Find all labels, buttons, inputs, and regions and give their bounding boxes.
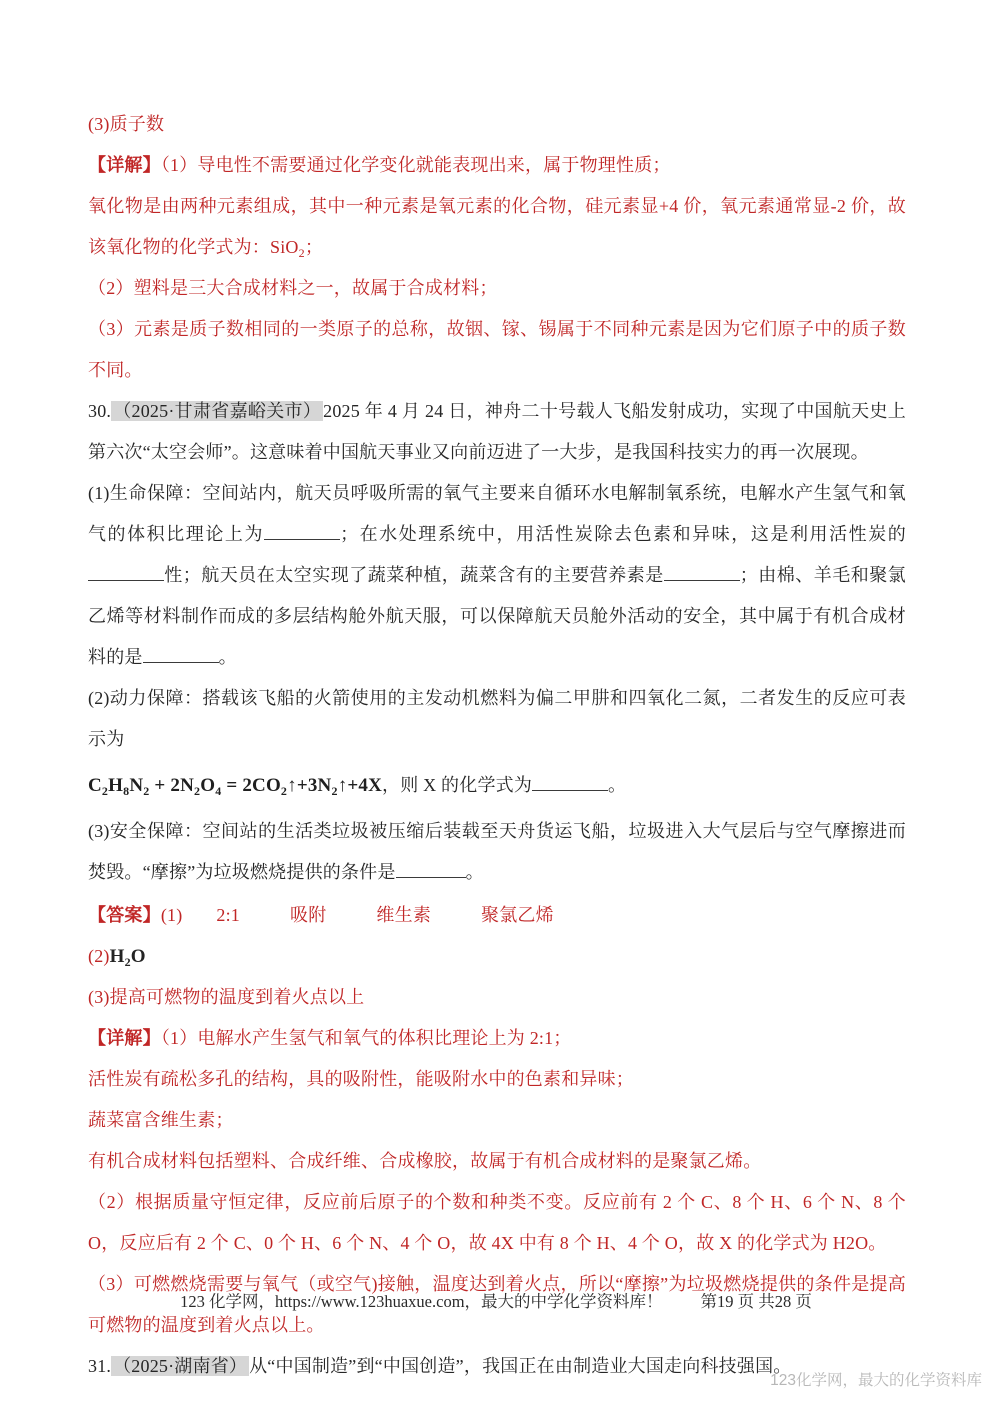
blank-underline [88, 566, 164, 581]
page-footer: 123 化学网，https://www.123huaxue.com，最大的中学化… [0, 1288, 992, 1312]
detail-line-3: 蔬菜富含维生素； [88, 1100, 906, 1141]
footer-site-text: 123 化学网，https://www.123huaxue.com，最大的中学化… [180, 1292, 662, 1311]
prev-detail-line2: 氧化物是由两种元素组成，其中一种元素是氧元素的化合物，硅元素显+4 价，氧元素通… [88, 186, 906, 268]
prev-detail-line3: （2）塑料是三大合成材料之一，故属于合成材料； [88, 268, 906, 309]
detail-heading: 【详解】 [88, 1028, 161, 1048]
blank-underline [396, 863, 466, 878]
detail-2-tail: ； [305, 237, 323, 257]
answer-1-label: (1) [161, 905, 183, 925]
answer-item: 聚氯乙烯 [481, 905, 554, 925]
detail-4-value: 有机合成材料包括塑料、合成纤维、合成橡胶，故属于有机合成材料的是聚氯乙烯。 [88, 1151, 761, 1171]
blank-underline [143, 648, 219, 663]
document-body: (3)质子数 【详解】（1）导电性不需要通过化学变化就能表现出来，属于物理性质；… [88, 104, 906, 1387]
blank-underline [664, 566, 740, 581]
answer-heading: 【答案】 [88, 905, 161, 925]
part3-seg1: (3)安全保障：空间站的生活类垃圾被压缩后装载至天舟货运飞船，垃圾进入大气层后与… [88, 821, 906, 882]
detail-2-value: 活性炭有疏松多孔的结构，具的吸附性，能吸附水中的色素和异味； [88, 1069, 634, 1089]
question-30-region-tag: （2025·甘肃省嘉峪关市） [111, 401, 323, 421]
question-31-region-tag: （2025·湖南省） [111, 1356, 249, 1376]
prev-detail-line1: 【详解】（1）导电性不需要通过化学变化就能表现出来，属于物理性质； [88, 145, 906, 186]
document-page: (3)质子数 【详解】（1）导电性不需要通过化学变化就能表现出来，属于物理性质；… [0, 0, 992, 1403]
answer-line-2: (2)H2O [88, 936, 906, 977]
question-30-number: 30. [88, 401, 111, 421]
answer-line-1: 【答案】(1)2:1吸附维生素聚氯乙烯 [88, 895, 906, 936]
detail-4-text: （3）元素是质子数相同的一类原子的总称，故铟、镓、锡属于不同种元素是因为它们原子… [88, 319, 906, 380]
detail-5-value: （2）根据质量守恒定律，反应前后原子的个数和种类不变。反应前有 2 个 C、8 … [88, 1192, 906, 1253]
detail-line-4: 有机合成材料包括塑料、合成纤维、合成橡胶，故属于有机合成材料的是聚氯乙烯。 [88, 1141, 906, 1182]
blank-underline [532, 776, 608, 791]
blank-underline [264, 525, 340, 540]
part2-text: (2)动力保障：搭载该飞船的火箭使用的主发动机燃料为偏二甲肼和四氧化二氮，二者发… [88, 688, 906, 749]
part1-seg2: ；在水处理系统中，用活性炭除去色素和异味，这是利用活性炭的 [340, 524, 906, 544]
answer-line-3: (3)提高可燃物的温度到着火点以上 [88, 977, 906, 1018]
part3-seg2: 。 [466, 862, 484, 882]
chem-equation: C2H8N2 + 2N2O4 = 2CO2↑+3N2↑+4X [88, 775, 382, 796]
detail-heading: 【详解】 [88, 155, 161, 175]
answer-item: 吸附 [290, 905, 326, 925]
question-30-part3: (3)安全保障：空间站的生活类垃圾被压缩后装载至天舟货运飞船，垃圾进入大气层后与… [88, 811, 906, 893]
detail-3-value: 蔬菜富含维生素； [88, 1110, 234, 1130]
question-30-part2: (2)动力保障：搭载该飞船的火箭使用的主发动机燃料为偏二甲肼和四氧化二氮，二者发… [88, 678, 906, 760]
detail-line-1: 【详解】（1）电解水产生氢气和氧气的体积比理论上为 2:1； [88, 1018, 906, 1059]
equation-mid-text: ，则 X 的化学式为 [382, 775, 532, 795]
answer-3-text: (3)质子数 [88, 114, 164, 134]
question-31-number: 31. [88, 1356, 111, 1376]
detail-line-5: （2）根据质量守恒定律，反应前后原子的个数和种类不变。反应前有 2 个 C、8 … [88, 1182, 906, 1264]
sio2-formula: SiO2 [270, 237, 305, 257]
question-30-equation-line: C2H8N2 + 2N2O4 = 2CO2↑+3N2↑+4X，则 X 的化学式为… [88, 765, 906, 806]
detail-1-value: （1）电解水产生氢气和氧气的体积比理论上为 2:1； [161, 1028, 572, 1048]
watermark-text: 123化学网，最大的化学资料库 [770, 1368, 982, 1390]
part1-seg5: 。 [219, 647, 237, 667]
prev-detail-line4: （3）元素是质子数相同的一类原子的总称，故铟、镓、锡属于不同种元素是因为它们原子… [88, 309, 906, 391]
question-31-text: 从“中国制造”到“中国创造”，我国正在由制造业大国走向科技强国。 [249, 1356, 791, 1376]
part1-seg3: 性；航天员在太空实现了蔬菜种植，蔬菜含有的主要营养素是 [164, 565, 664, 585]
question-30-part1: (1)生命保障：空间站内，航天员呼吸所需的氧气主要来自循环水电解制氧系统，电解水… [88, 473, 906, 678]
answer-item: 维生素 [376, 905, 431, 925]
h2o-formula: H2O [110, 946, 146, 967]
prev-answer-item3: (3)质子数 [88, 104, 906, 145]
answer-3-value: (3)提高可燃物的温度到着火点以上 [88, 987, 364, 1007]
question-30-intro: 30.（2025·甘肃省嘉峪关市）2025 年 4 月 24 日，神舟二十号载人… [88, 391, 906, 473]
answer-2-label: (2) [88, 946, 110, 966]
equation-end-text: 。 [608, 775, 626, 795]
detail-line-2: 活性炭有疏松多孔的结构，具的吸附性，能吸附水中的色素和异味； [88, 1059, 906, 1100]
detail-1-text: （1）导电性不需要通过化学变化就能表现出来，属于物理性质； [161, 155, 671, 175]
detail-2-text: 氧化物是由两种元素组成，其中一种元素是氧元素的化合物，硅元素显+4 价，氧元素通… [88, 196, 906, 257]
page-number-indicator: 第19 页 共28 页 [701, 1292, 812, 1311]
answer-item: 2:1 [216, 905, 240, 925]
detail-3-text: （2）塑料是三大合成材料之一，故属于合成材料； [88, 278, 498, 298]
